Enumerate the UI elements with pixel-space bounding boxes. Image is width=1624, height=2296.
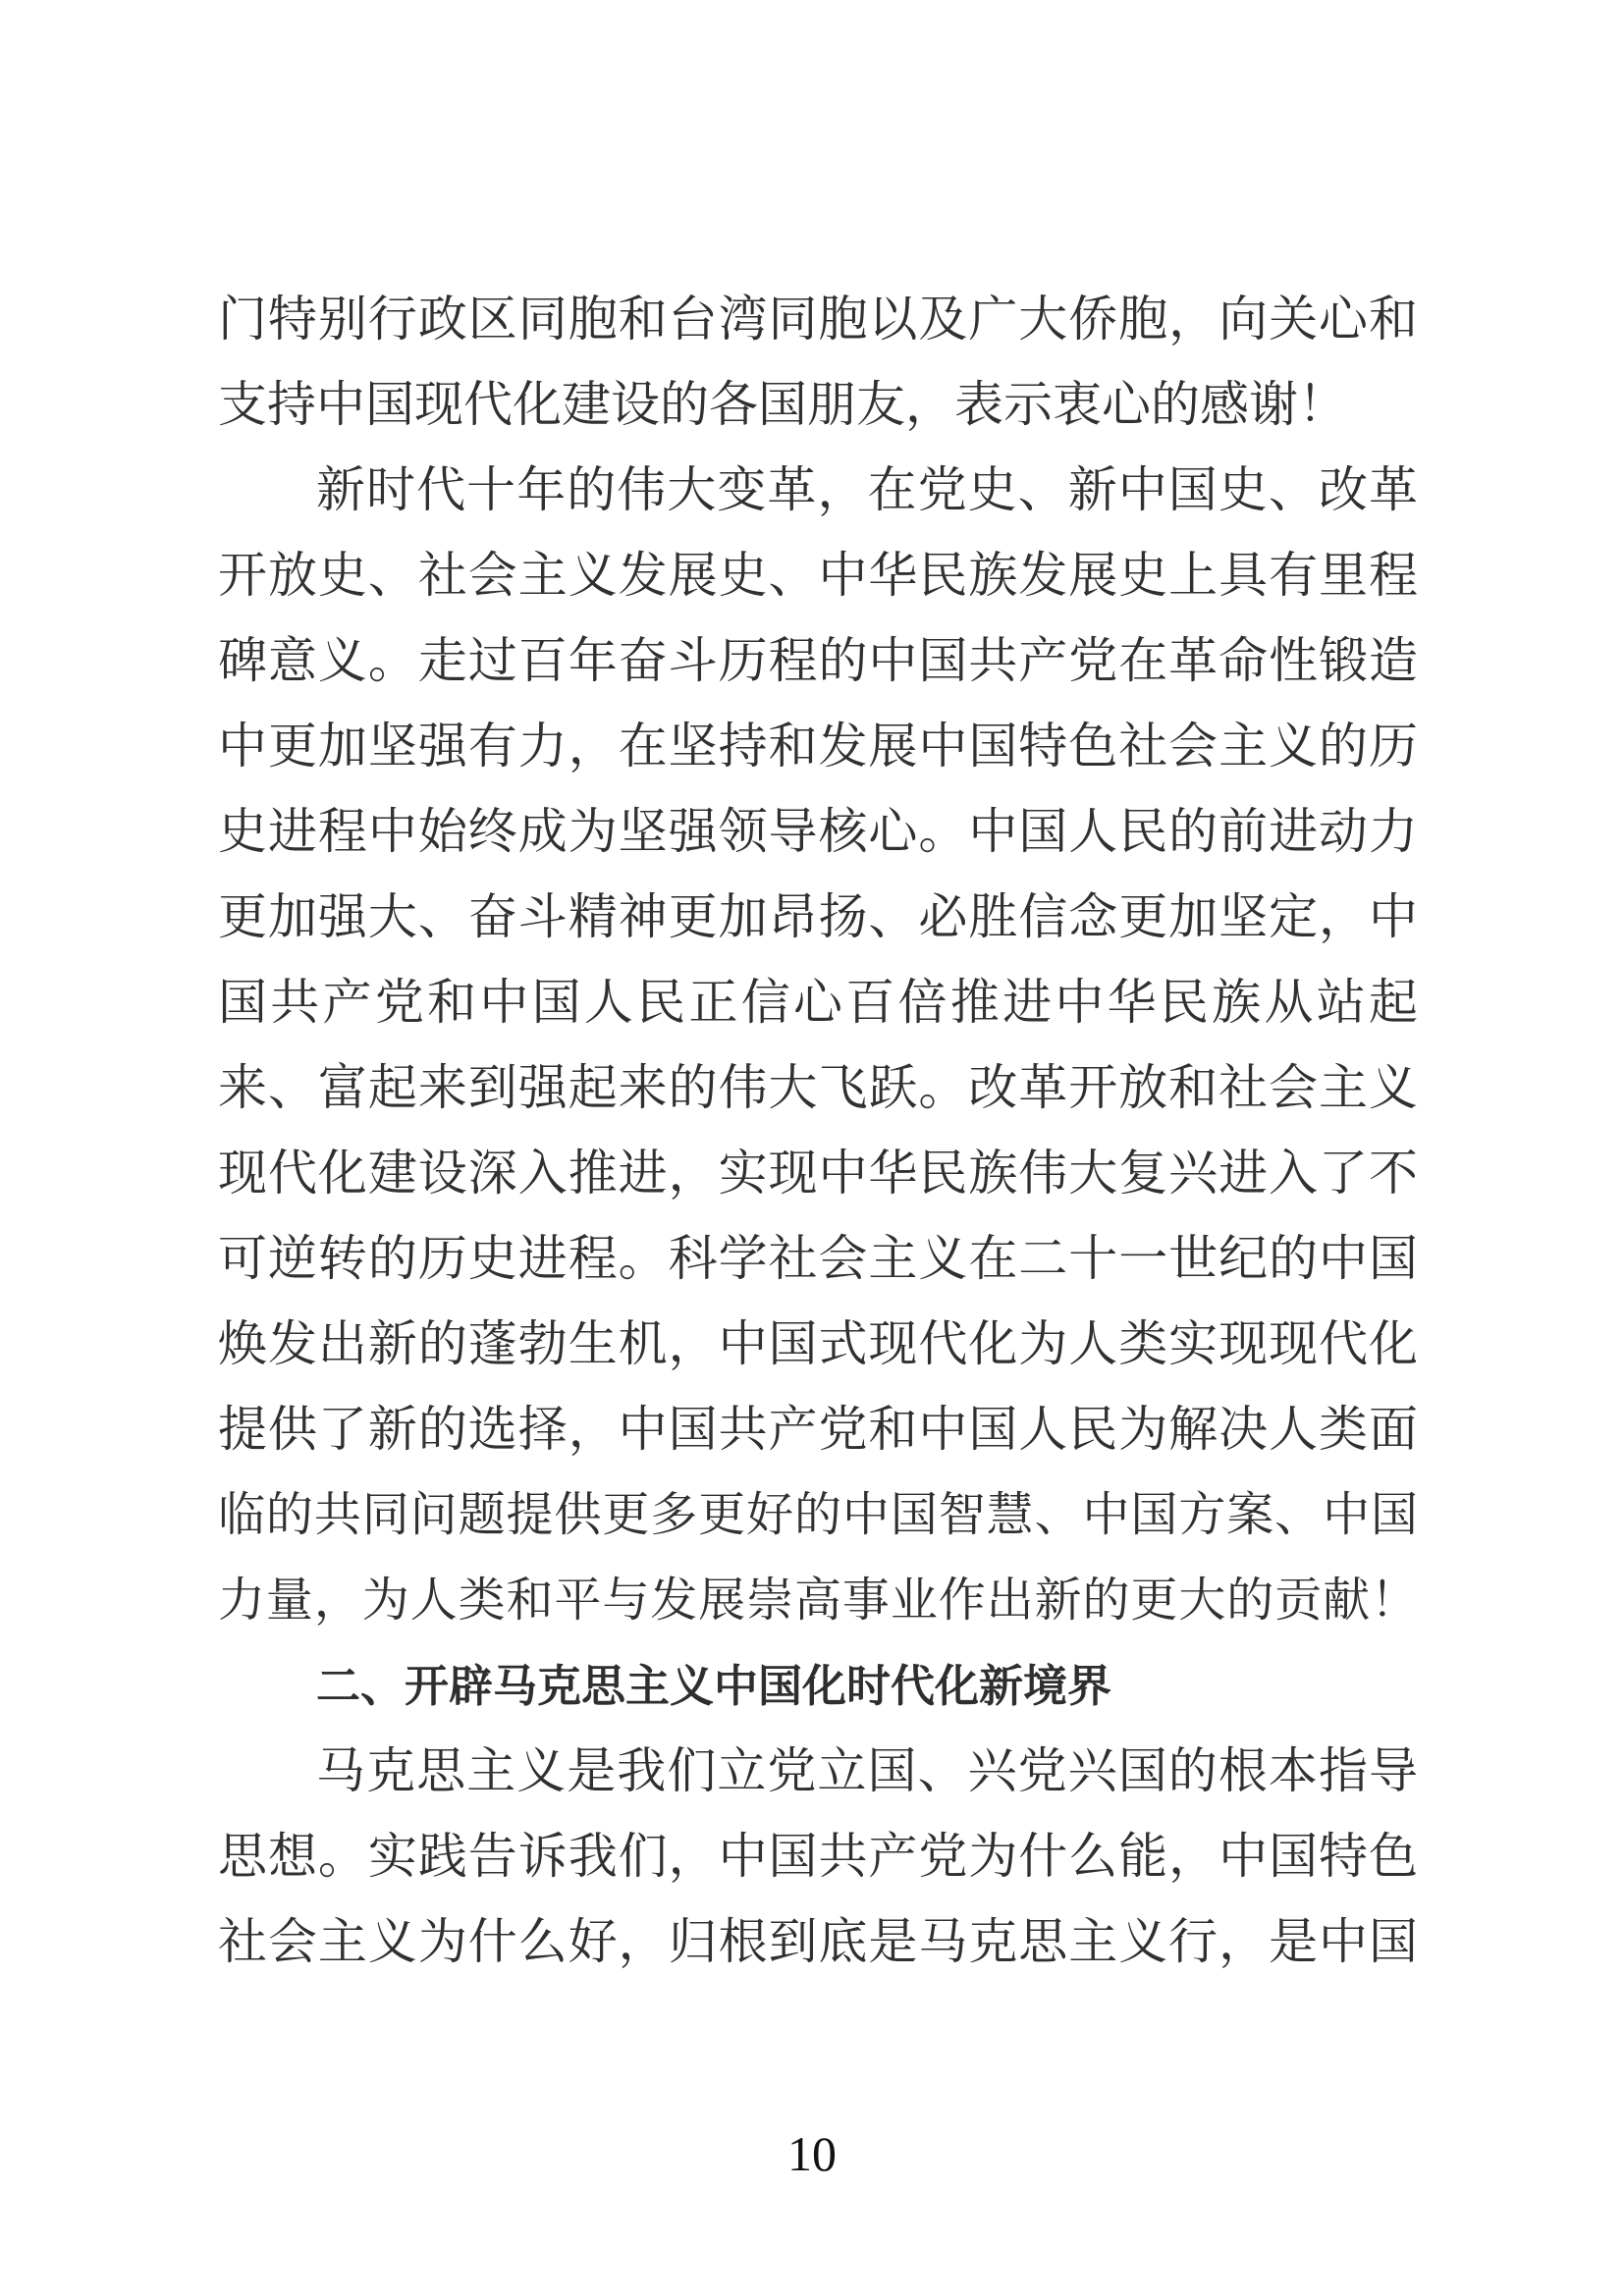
page-number: 10 <box>0 2128 1624 2179</box>
text-line: 更加强大、奋斗精神更加昂扬、必胜信念更加坚定，中 <box>218 875 1418 960</box>
text-line: 碑意义。走过百年奋斗历程的中国共产党在革命性锻造 <box>218 618 1418 704</box>
text-line: 焕发出新的蓬勃生机，中国式现代化为人类实现现代化 <box>218 1302 1418 1387</box>
text-line: 社会主义为什么好，归根到底是马克思主义行，是中国 <box>218 1899 1418 1985</box>
text-line: 开放史、社会主义发展史、中华民族发展史上具有里程 <box>218 533 1418 618</box>
text-line: 临的共同问题提供更多更好的中国智慧、中国方案、中国 <box>218 1472 1418 1558</box>
text-line: 提供了新的选择，中国共产党和中国人民为解决人类面 <box>218 1387 1418 1472</box>
text-line: 国共产党和中国人民正信心百倍推进中华民族从站起 <box>218 960 1418 1045</box>
text-line: 力量，为人类和平与发展崇高事业作出新的更大的贡献！ <box>218 1558 1418 1643</box>
text-line: 马克思主义是我们立党立国、兴党兴国的根本指导 <box>218 1729 1418 1814</box>
section-heading: 二、开辟马克思主义中国化时代化新境界 <box>218 1643 1418 1729</box>
text-line: 新时代十年的伟大变革，在党史、新中国史、改革 <box>218 448 1418 533</box>
text-line: 门特别行政区同胞和台湾同胞以及广大侨胞，向关心和 <box>218 277 1418 362</box>
text-block: 门特别行政区同胞和台湾同胞以及广大侨胞，向关心和 支持中国现代化建设的各国朋友，… <box>218 277 1418 1985</box>
text-line: 可逆转的历史进程。科学社会主义在二十一世纪的中国 <box>218 1216 1418 1302</box>
document-page: 门特别行政区同胞和台湾同胞以及广大侨胞，向关心和 支持中国现代化建设的各国朋友，… <box>0 0 1624 2296</box>
text-line: 中更加坚强有力，在坚持和发展中国特色社会主义的历 <box>218 704 1418 789</box>
text-line: 现代化建设深入推进，实现中华民族伟大复兴进入了不 <box>218 1131 1418 1216</box>
text-line: 支持中国现代化建设的各国朋友，表示衷心的感谢！ <box>218 362 1418 448</box>
text-line: 思想。实践告诉我们，中国共产党为什么能，中国特色 <box>218 1814 1418 1899</box>
text-line: 史进程中始终成为坚强领导核心。中国人民的前进动力 <box>218 789 1418 875</box>
text-line: 来、富起来到强起来的伟大飞跃。改革开放和社会主义 <box>218 1045 1418 1131</box>
